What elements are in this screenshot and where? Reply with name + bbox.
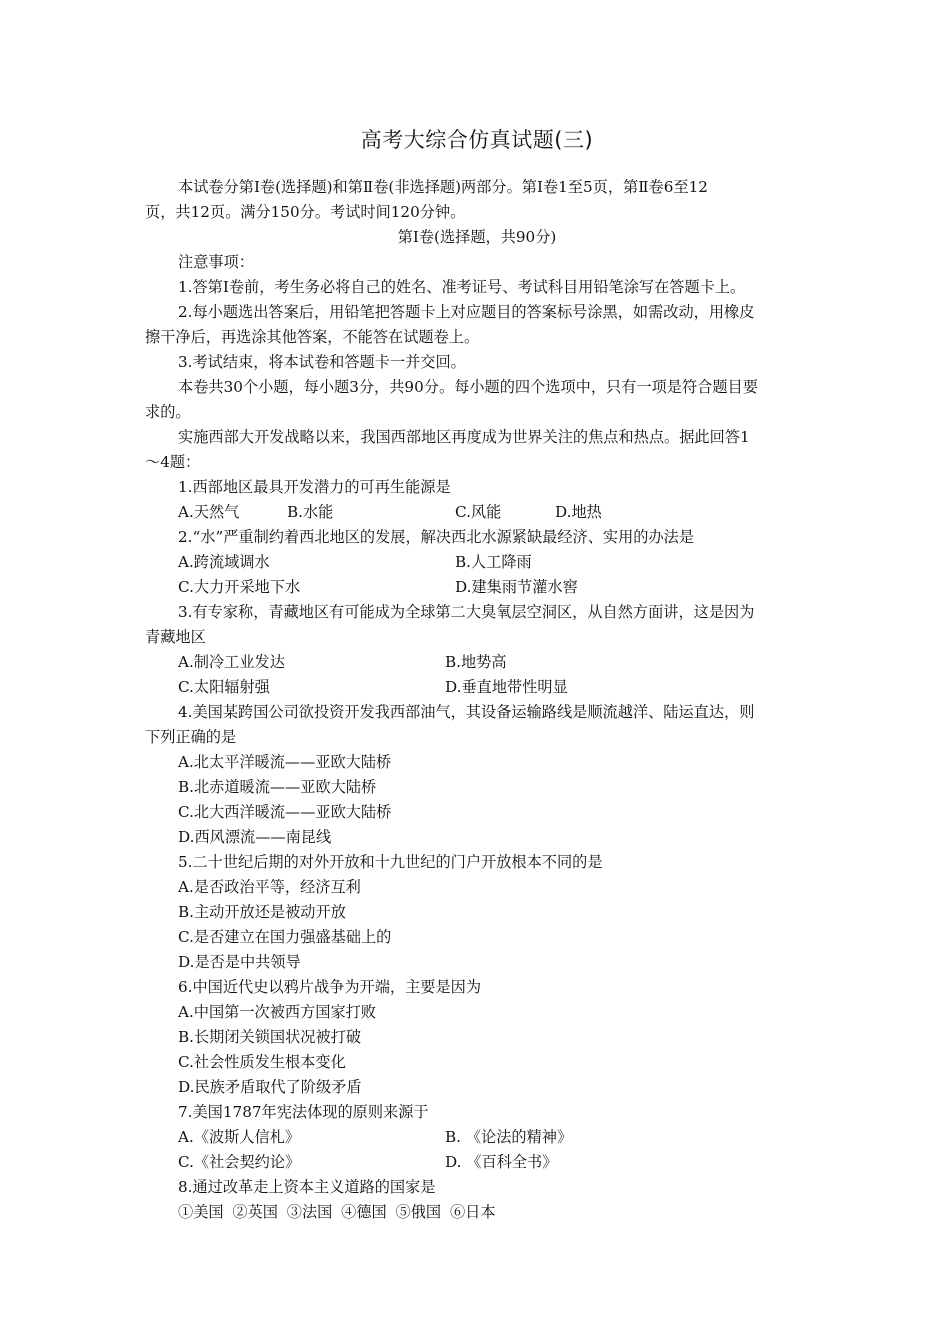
question-7-option-c: C.《社会契约论》 — [178, 1150, 300, 1175]
question-7-option-b: B. 《论法的精神》 — [445, 1125, 572, 1150]
section-heading: 第Ⅰ卷(选择题，共90分) — [145, 225, 809, 250]
scoring-line-1: 本卷共30个小题，每小题3分，共90分。每小题的四个选项中，只有一项是符合题目要 — [178, 375, 758, 400]
question-8-items: ①美国 ②英国 ③法国 ④德国 ⑤俄国 ⑥日本 — [178, 1200, 496, 1225]
context-line-1: 实施西部大开发战略以来，我国西部地区再度成为世界关注的焦点和热点。据此回答1 — [178, 425, 750, 450]
question-1-option-d: D.地热 — [555, 500, 602, 525]
notice-item-2-line-2: 擦干净后，再选涂其他答案，不能答在试题卷上。 — [145, 325, 479, 350]
question-3-option-a: A.制冷工业发达 — [178, 650, 285, 675]
scoring-line-2: 求的。 — [145, 400, 191, 425]
notice-heading: 注意事项： — [178, 250, 254, 275]
question-2-option-b: B.人工降雨 — [455, 550, 532, 575]
notice-item-2-line-1: 2.每小题选出答案后，用铅笔把答题卡上对应题目的答案标号涂黑，如需改动，用橡皮 — [178, 300, 754, 325]
intro-line-2: 页，共12页。满分150分。考试时间120分钟。 — [145, 200, 465, 225]
question-4-option-a: A.北太平洋暖流——亚欧大陆桥 — [178, 750, 391, 775]
question-1-option-c: C.风能 — [455, 500, 501, 525]
question-6-option-a: A.中国第一次被西方国家打败 — [178, 1000, 376, 1025]
notice-item-1: 1.答第Ⅰ卷前，考生务必将自己的姓名、准考证号、考试科目用铅笔涂写在答题卡上。 — [178, 275, 745, 300]
notice-item-3: 3.考试结束，将本试卷和答题卡一并交回。 — [178, 350, 466, 375]
question-2-option-d: D.建集雨节灌水窖 — [455, 575, 578, 600]
question-4-option-d: D.西风漂流——南昆线 — [178, 825, 331, 850]
question-5-option-c: C.是否建立在国力强盛基础上的 — [178, 925, 391, 950]
question-4-stem-line-1: 4.美国某跨国公司欲投资开发我西部油气，其设备运输路线是顺流越洋、陆运直达，则 — [178, 700, 754, 725]
question-6-option-d: D.民族矛盾取代了阶级矛盾 — [178, 1075, 362, 1100]
question-7-stem: 7.美国1787年宪法体现的原则来源于 — [178, 1100, 429, 1125]
question-3-stem-line-1: 3.有专家称，青藏地区有可能成为全球第二大臭氧层空洞区，从自然方面讲，这是因为 — [178, 600, 754, 625]
question-6-option-b: B.长期闭关锁国状况被打破 — [178, 1025, 361, 1050]
question-4-option-c: C.北大西洋暖流——亚欧大陆桥 — [178, 800, 391, 825]
question-2-option-c: C.大力开采地下水 — [178, 575, 300, 600]
question-1-option-b: B.水能 — [287, 500, 333, 525]
question-1-option-a: A.天然气 — [178, 500, 239, 525]
question-4-stem-line-2: 下列正确的是 — [145, 725, 236, 750]
question-3-option-b: B.地势高 — [445, 650, 507, 675]
question-4-option-b: B.北赤道暖流——亚欧大陆桥 — [178, 775, 376, 800]
question-5-stem: 5.二十世纪后期的对外开放和十九世纪的门户开放根本不同的是 — [178, 850, 603, 875]
intro-line-1: 本试卷分第Ⅰ卷(选择题)和第Ⅱ卷(非选择题)两部分。第Ⅰ卷1至5页，第Ⅱ卷6至1… — [178, 175, 708, 200]
question-5-option-a: A.是否政治平等，经济互利 — [178, 875, 361, 900]
question-3-stem-line-2: 青藏地区 — [145, 625, 206, 650]
question-3-option-c: C.太阳辐射强 — [178, 675, 270, 700]
question-2-option-a: A.跨流域调水 — [178, 550, 270, 575]
question-3-option-d: D.垂直地带性明显 — [445, 675, 568, 700]
question-8-stem: 8.通过改革走上资本主义道路的国家是 — [178, 1175, 436, 1200]
question-2-stem: 2.“水”严重制约着西北地区的发展，解决西北水源紧缺最经济、实用的办法是 — [178, 525, 694, 550]
question-5-option-d: D.是否是中共领导 — [178, 950, 301, 975]
question-1-stem: 1.西部地区最具开发潜力的可再生能源是 — [178, 475, 451, 500]
question-7-option-d: D. 《百科全书》 — [445, 1150, 557, 1175]
question-6-option-c: C.社会性质发生根本变化 — [178, 1050, 346, 1075]
page-title: 高考大综合仿真试题(三) — [145, 124, 809, 154]
question-6-stem: 6.中国近代史以鸦片战争为开端，主要是因为 — [178, 975, 481, 1000]
question-7-option-a: A.《波斯人信札》 — [178, 1125, 300, 1150]
question-5-option-b: B.主动开放还是被动开放 — [178, 900, 346, 925]
context-line-2: ～4题： — [145, 450, 200, 475]
